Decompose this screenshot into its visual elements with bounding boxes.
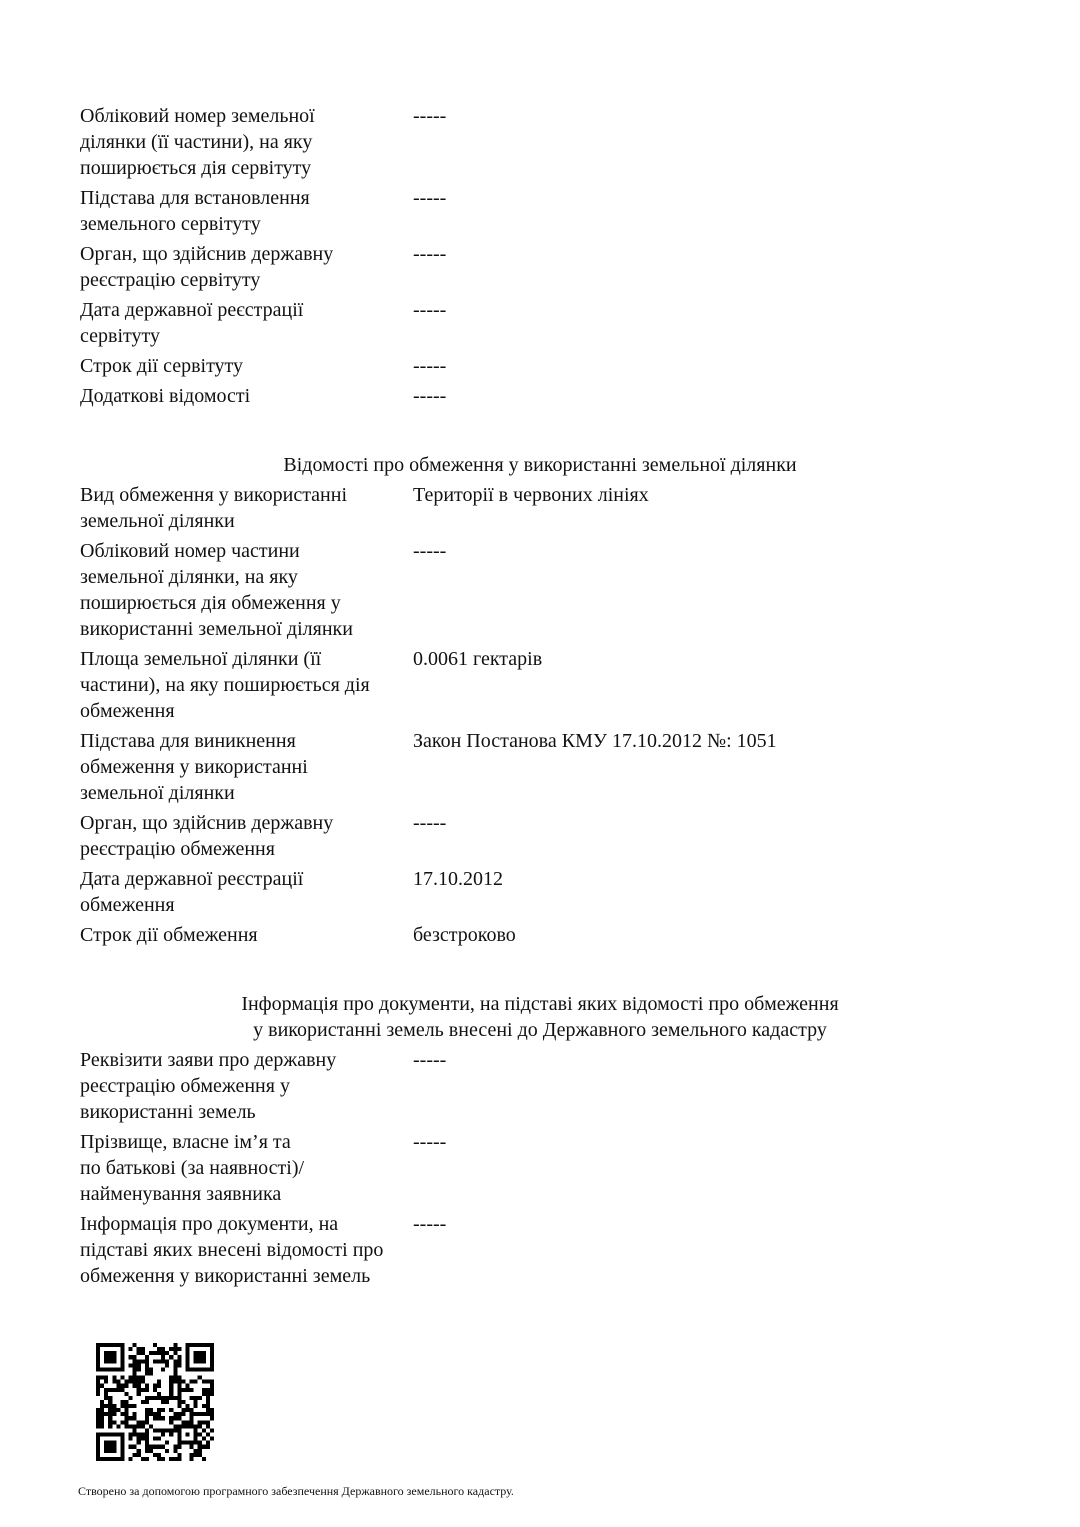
field-value: -----	[413, 383, 446, 409]
field-label: Інформація про документи, на підставі як…	[80, 1211, 410, 1289]
field-value: -----	[413, 1211, 446, 1237]
field-value: -----	[413, 1047, 446, 1073]
field-label: Строк дії сервітуту	[80, 353, 410, 379]
field-label: Підстава для виникнення обмеження у вико…	[80, 728, 410, 806]
field-value: 0.0061 гектарів	[413, 646, 542, 672]
field-value: безстроково	[413, 922, 516, 948]
field-value: -----	[413, 353, 446, 379]
field-label: Підстава для встановлення земельного сер…	[80, 185, 410, 237]
field-label: Реквізити заяви про державну реєстрацію …	[80, 1047, 410, 1125]
field-label: Дата державної реєстрації сервітуту	[80, 297, 410, 349]
qr-code-icon	[96, 1343, 214, 1461]
field-label: Додаткові відомості	[80, 383, 410, 409]
field-label: Орган, що здійснив державну реєстрацію с…	[80, 241, 410, 293]
field-value: -----	[413, 103, 446, 129]
field-value: -----	[413, 241, 446, 267]
field-label: Дата державної реєстрації обмеження	[80, 866, 410, 918]
field-label: Вид обмеження у використанні земельної д…	[80, 482, 410, 534]
field-label: Площа земельної ділянки (її частини), на…	[80, 646, 410, 724]
field-value: -----	[413, 1129, 446, 1155]
field-label: Прізвище, власне ім’я та по батькові (за…	[80, 1129, 410, 1207]
field-value: Території в червоних лініях	[413, 482, 649, 508]
field-label: Обліковий номер земельної ділянки (її ча…	[80, 103, 410, 181]
field-label: Строк дії обмеження	[80, 922, 410, 948]
field-label: Орган, що здійснив державну реєстрацію о…	[80, 810, 410, 862]
restriction-section-title: Відомості про обмеження у використанні з…	[0, 452, 1080, 478]
documents-section-title: Інформація про документи, на підставі як…	[0, 991, 1080, 1043]
field-value: -----	[413, 810, 446, 836]
footer-text: Створено за допомогою програмного забезп…	[78, 1483, 514, 1499]
field-value: 17.10.2012	[413, 866, 503, 892]
field-value: -----	[413, 538, 446, 564]
field-value: -----	[413, 297, 446, 323]
field-value: Закон Постанова КМУ 17.10.2012 №: 1051	[413, 728, 777, 754]
field-value: -----	[413, 185, 446, 211]
field-label: Обліковий номер частини земельної ділянк…	[80, 538, 410, 642]
